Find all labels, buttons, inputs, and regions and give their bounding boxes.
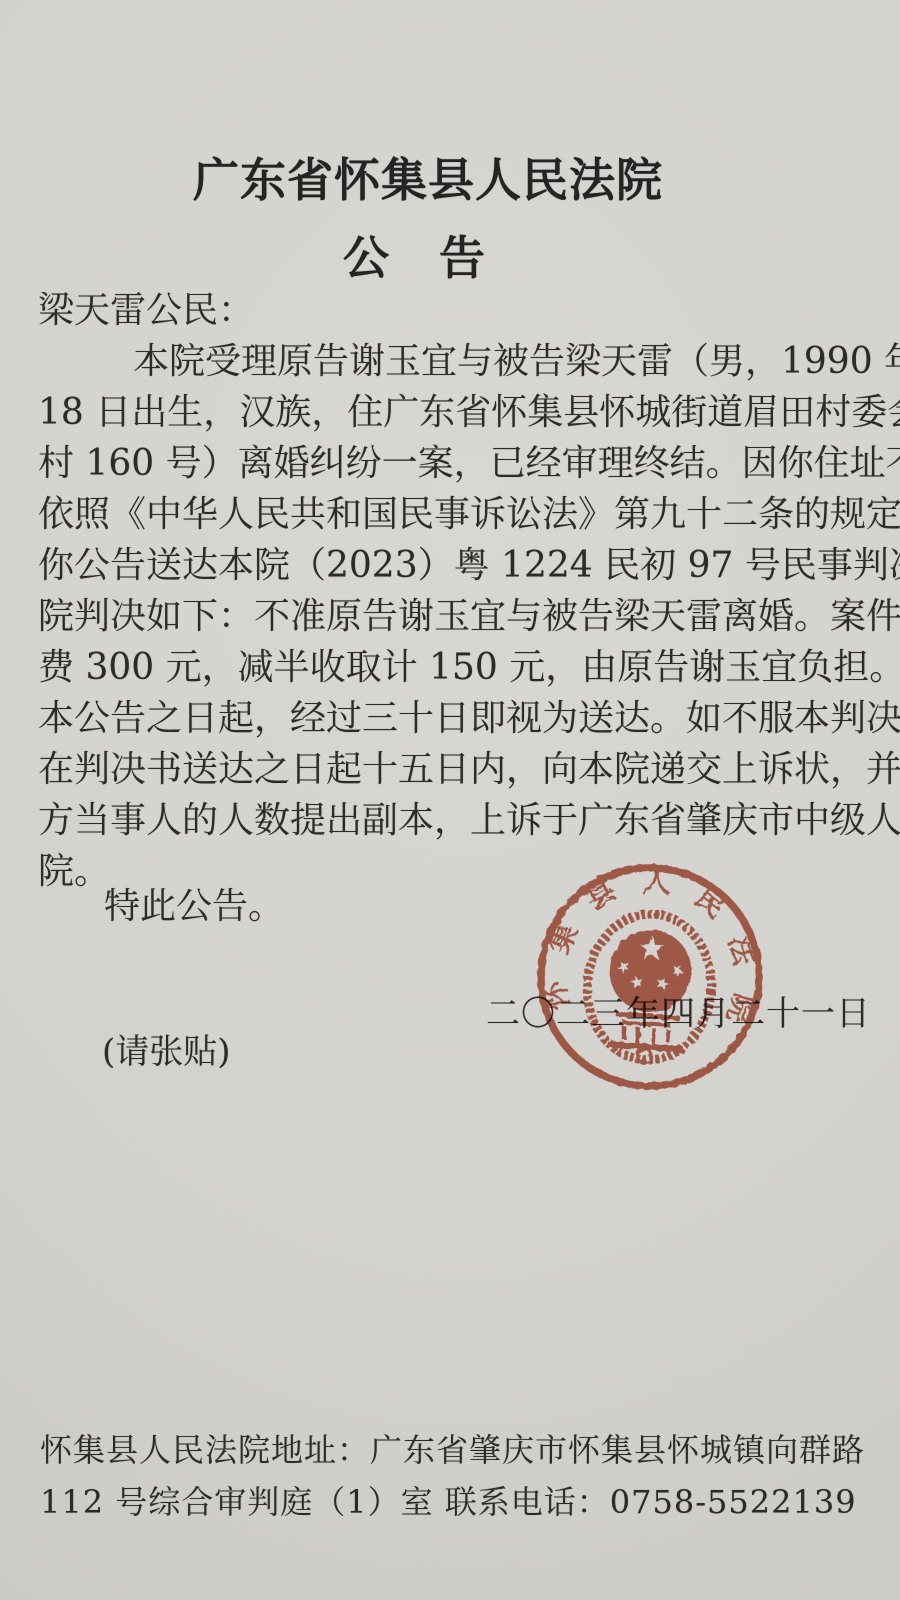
court-seal: 怀 集 县 人 民 法 院 xyxy=(530,857,770,1097)
notice-heading: 公 告 xyxy=(0,222,865,288)
body-line: 方当事人的人数提出副本，上诉于广东省肇庆市中级人民法 xyxy=(38,795,866,846)
footer-contact: 怀集县人民法院地址：广东省肇庆市怀集县怀城镇向群路 112 号综合审判庭（1）室… xyxy=(40,1424,872,1528)
body-line: 依照《中华人民共和国民事诉讼法》第九十二条的规定，向 xyxy=(38,489,866,540)
salutation-line: 梁天雷公民： xyxy=(38,285,866,336)
body-line: 本院受理原告谢玉宜与被告梁天雷（男，1990 年 8 月 xyxy=(38,336,866,387)
national-emblem-icon xyxy=(582,910,716,1067)
body-line: 你公告送达本院（2023）粤 1224 民初 97 号民事判决书。本 xyxy=(38,540,866,591)
body-line: 院判决如下：不准原告谢玉宜与被告梁天雷离婚。案件受理 xyxy=(38,591,866,642)
seal-char: 人 xyxy=(641,863,672,899)
court-notice-document: 广东省怀集县人民法院 公 告 梁天雷公民： 本院受理原告谢玉宜与被告梁天雷（男，… xyxy=(0,0,900,1600)
footer-address-line: 怀集县人民法院地址：广东省肇庆市怀集县怀城镇向群路 xyxy=(40,1424,872,1476)
body-line: 18 日出生，汉族，住广东省怀集县怀城街道眉田村委会大步 xyxy=(38,387,866,438)
body-line: 本公告之日起，经过三十日即视为送达。如不服本判决，可 xyxy=(38,693,866,744)
body-line: 村 160 号）离婚纠纷一案，已经审理终结。因你住址不详， xyxy=(38,438,866,489)
notice-body: 梁天雷公民： 本院受理原告谢玉宜与被告梁天雷（男，1990 年 8 月 18 日… xyxy=(38,285,866,897)
seal-char: 民 xyxy=(688,880,732,925)
body-line: 在判决书送达之日起十五日内，向本院递交上诉状，并按对 xyxy=(38,744,866,795)
seal-char: 县 xyxy=(579,873,621,917)
post-note: (请张贴) xyxy=(102,1024,231,1073)
body-line: 费 300 元，减半收取计 150 元，由原告谢玉宜负担。自发出 xyxy=(38,642,866,693)
footer-phone-line: 112 号综合审判庭（1）室 联系电话：0758-5522139 xyxy=(40,1476,872,1528)
closing-statement: 特此公告。 xyxy=(104,878,284,929)
court-name-title: 广东省怀集县人民法院 xyxy=(0,144,878,210)
